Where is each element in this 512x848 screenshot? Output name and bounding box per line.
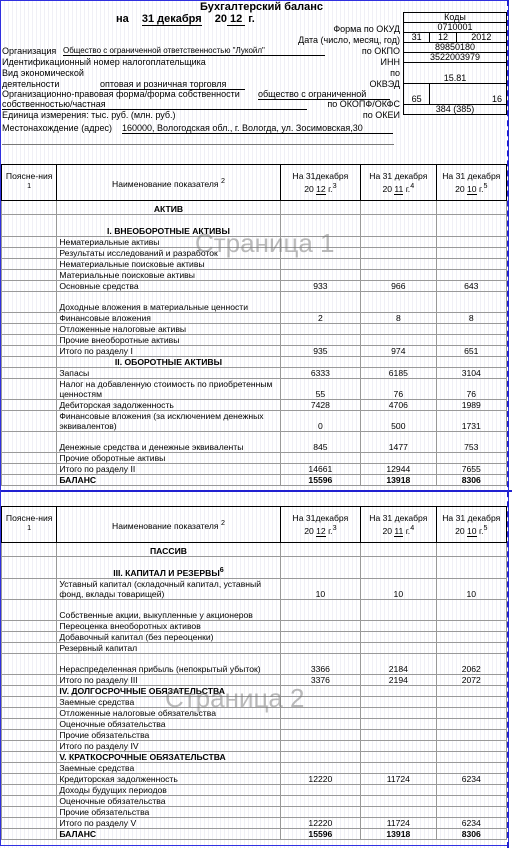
value-cell[interactable]: 651 [436,346,506,357]
indicator-name: Оценочные обязательства [57,796,280,807]
table-row: Нематериальные поисковые активы [2,259,507,270]
value-cell[interactable] [280,697,360,708]
note-cell[interactable] [2,379,57,400]
note-cell[interactable] [2,464,57,475]
table-row: IV. ДОЛГОСРОЧНЫЕ ОБЯЗАТЕЛЬСТВА [2,686,507,697]
value-cell[interactable] [280,201,360,215]
value-cell[interactable]: 935 [280,346,360,357]
col-period-2012: На 31декабря20 12 г.3 [280,507,360,543]
value-cell[interactable] [436,708,506,719]
table-row: Переоценка внеоборотных активов [2,621,507,632]
table-row: Запасы633361853104 [2,368,507,379]
table-row: Прочие обязательства [2,730,507,741]
note-cell[interactable] [2,719,57,730]
note-cell[interactable] [2,368,57,379]
value-cell[interactable]: 76 [361,379,436,400]
note-cell[interactable] [2,763,57,774]
value-cell[interactable]: 753 [436,432,506,453]
okved-label: ОКВЭД [369,79,400,89]
table-row: Итого по разделу I935974651 [2,346,507,357]
value-cell[interactable] [280,785,360,796]
indicator-name: Кредиторская задолженность [57,774,280,785]
note-cell[interactable] [2,774,57,785]
table-row: Дебиторская задолженность742847061989 [2,400,507,411]
value-cell[interactable]: 6234 [436,774,506,785]
value-cell[interactable] [436,697,506,708]
note-cell[interactable] [2,248,57,259]
value-cell[interactable]: 12944 [361,464,436,475]
indicator-name: Добавочный капитал (без переоценки) [57,632,280,643]
note-cell[interactable] [2,697,57,708]
indicator-name: Материальные поисковые активы [57,270,280,281]
indicator-name: Итого по разделу I [57,346,280,357]
value-cell[interactable]: 7428 [280,400,360,411]
value-cell[interactable] [361,543,436,557]
table-row: Резервный капитал [2,643,507,654]
table-row: Итого по разделу III337621942072 [2,675,507,686]
table-row: Результаты исследований и разработок [2,248,507,259]
table-row: Заемные средства [2,697,507,708]
value-cell[interactable] [361,807,436,818]
col-period-2012: На 31декабря20 12 г.3 [280,165,360,201]
value-cell[interactable] [280,719,360,730]
indicator-name: Налог на добавленную стоимость по приобр… [57,379,280,400]
value-cell[interactable] [436,292,506,313]
value-cell[interactable] [361,763,436,774]
table-row: Доходные вложения в материальные ценност… [2,292,507,313]
value-cell[interactable]: 15596 [280,475,360,486]
value-cell[interactable] [280,237,360,248]
value-cell[interactable] [436,719,506,730]
note-cell[interactable] [2,579,57,600]
indicator-name: Итого по разделу II [57,464,280,475]
indicator-name: Финансовые вложения [57,313,280,324]
value-cell[interactable] [436,357,506,368]
value-cell[interactable] [436,807,506,818]
value-cell[interactable]: 13918 [361,829,436,840]
value-cell[interactable] [436,543,506,557]
value-cell[interactable]: 500 [361,411,436,432]
col-period-2010: На 31 декабря20 10 г.5 [436,507,506,543]
value-cell[interactable] [280,730,360,741]
value-cell[interactable]: 845 [280,432,360,453]
indicator-name: Запасы [57,368,280,379]
okud-value[interactable]: 0710001 [404,23,507,33]
note-cell[interactable] [2,796,57,807]
okfs-value[interactable]: 16 [430,84,507,105]
inn-label: Идентификационный номер налогоплательщик… [2,57,206,67]
note-cell[interactable] [2,730,57,741]
okopf-label: по ОКОПФ/ОКФС [327,99,400,109]
value-cell[interactable]: 10 [361,579,436,600]
indicator-name: Итого по разделу IV [57,741,280,752]
value-cell[interactable] [436,259,506,270]
table-row: Нераспределенная прибыль (непокрытый убы… [2,654,507,675]
value-cell[interactable] [361,741,436,752]
indicator-name: Собственные акции, выкупленные у акционе… [57,600,280,621]
value-cell[interactable]: 1989 [436,400,506,411]
note-cell[interactable] [2,557,57,579]
table-row: Нематериальные активы [2,237,507,248]
note-cell[interactable] [2,400,57,411]
note-cell[interactable] [2,259,57,270]
year-prefix: 20 [215,13,227,25]
value-cell[interactable] [280,752,360,763]
table-row: Оценочные обязательства [2,796,507,807]
table-row: Прочие оборотные активы [2,453,507,464]
value-cell[interactable] [280,796,360,807]
value-cell[interactable] [280,741,360,752]
table-row: Заемные средства [2,763,507,774]
table-row: Финансовые вложения288 [2,313,507,324]
value-cell[interactable] [361,632,436,643]
codes-table: Коды 0710001 31122012 89850180 352200397… [403,12,507,115]
value-cell[interactable] [361,752,436,763]
indicator-name: II. ОБОРОТНЫЕ АКТИВЫ [57,357,280,368]
okopf-value[interactable]: 65 [404,84,430,105]
value-cell[interactable]: 76 [436,379,506,400]
value-cell[interactable] [436,752,506,763]
value-cell[interactable]: 55 [280,379,360,400]
value-cell[interactable]: 12220 [280,774,360,785]
table-row: Прочие обязательства [2,807,507,818]
value-cell[interactable] [361,621,436,632]
note-cell[interactable] [2,237,57,248]
table-row: Денежные средства и денежные эквиваленты… [2,432,507,453]
note-cell[interactable] [2,643,57,654]
table-row: Итого по разделу IV [2,741,507,752]
value-cell[interactable] [280,708,360,719]
value-cell[interactable]: 3104 [436,368,506,379]
note-cell[interactable] [2,752,57,763]
note-cell[interactable] [2,807,57,818]
value-cell[interactable] [361,237,436,248]
balance-table-assets: Поясне-ния 1 Наименование показателя 2 Н… [1,164,507,486]
value-cell[interactable] [280,215,360,237]
table-row: Материальные поисковые активы [2,270,507,281]
org-value[interactable]: Общество с ограниченной ответственностью… [63,46,325,56]
indicator-name: Дебиторская задолженность [57,400,280,411]
note-cell[interactable] [2,708,57,719]
value-cell[interactable]: 10 [280,579,360,600]
okpo-value[interactable]: 89850180 [404,43,507,53]
value-cell[interactable] [280,621,360,632]
table-row: V. КРАТКОСРОЧНЫЕ ОБЯЗАТЕЛЬСТВА [2,752,507,763]
value-cell[interactable]: 14661 [280,464,360,475]
value-cell[interactable] [361,719,436,730]
value-cell[interactable] [361,730,436,741]
activity-label-2: деятельности [2,79,59,89]
table-row: Финансовые вложения (за исключением дене… [2,411,507,432]
value-cell[interactable]: 8 [436,313,506,324]
value-cell[interactable] [280,600,360,621]
value-cell[interactable]: 643 [436,281,506,292]
indicator-name: Основные средства [57,281,280,292]
note-cell[interactable] [2,335,57,346]
value-cell[interactable] [361,708,436,719]
indicator-name: Отложенные налоговые активы [57,324,280,335]
value-cell[interactable]: 6185 [361,368,436,379]
value-cell[interactable]: 2062 [436,654,506,675]
note-cell[interactable] [2,475,57,486]
note-cell[interactable] [2,632,57,643]
value-cell[interactable]: 2072 [436,675,506,686]
note-cell[interactable] [2,741,57,752]
note-cell[interactable] [2,313,57,324]
date-day-month[interactable]: 31 декабря [142,13,202,26]
indicator-name: III. КАПИТАЛ И РЕЗЕРВЫ6 [57,557,280,579]
value-cell[interactable] [436,796,506,807]
value-cell[interactable] [361,796,436,807]
value-cell[interactable] [361,292,436,313]
balance-table-liabilities: Поясне-ния 1 Наименование показателя 2 Н… [1,506,507,840]
year-g: г. [248,13,255,25]
value-cell[interactable] [280,557,360,579]
value-cell[interactable] [361,357,436,368]
note-cell[interactable] [2,453,57,464]
indicator-name: БАЛАНС [57,829,280,840]
date-day[interactable]: 31 [404,33,430,43]
header-divider [2,144,394,145]
value-cell[interactable] [436,686,506,697]
value-cell[interactable] [436,785,506,796]
value-cell[interactable] [361,453,436,464]
indicator-name: Прочие обязательства [57,730,280,741]
value-cell[interactable] [436,763,506,774]
legal-form-value-2[interactable]: собственностью/частная [2,99,307,110]
value-cell[interactable] [361,248,436,259]
okved-value[interactable]: 15.81 [404,63,507,84]
value-cell[interactable] [436,453,506,464]
value-cell[interactable] [436,600,506,621]
value-cell[interactable]: 10 [436,579,506,600]
date-year[interactable]: 2012 [456,33,506,43]
value-cell[interactable]: 15596 [280,829,360,840]
value-cell[interactable] [436,324,506,335]
table-row: Налог на добавленную стоимость по приобр… [2,379,507,400]
indicator-name: ПАССИВ [57,543,280,557]
value-cell[interactable]: 1731 [436,411,506,432]
note-cell[interactable] [2,270,57,281]
value-cell[interactable]: 11724 [361,774,436,785]
value-cell[interactable] [436,215,506,237]
indicator-name: Финансовые вложения (за исключением дене… [57,411,280,432]
value-cell[interactable] [361,259,436,270]
value-cell[interactable] [280,270,360,281]
indicator-name: Доходы будущих периодов [57,785,280,796]
value-cell[interactable]: 4706 [361,400,436,411]
value-cell[interactable] [436,621,506,632]
indicator-name: V. КРАТКОСРОЧНЫЕ ОБЯЗАТЕЛЬСТВА [57,752,280,763]
col-note-header: Поясне-ния 1 [2,507,57,543]
table-row: Итого по разделу V12220117246234 [2,818,507,829]
value-cell[interactable]: 7655 [436,464,506,475]
value-cell[interactable]: 8 [361,313,436,324]
value-cell[interactable] [436,730,506,741]
indicator-name: Нераспределенная прибыль (непокрытый убы… [57,654,280,675]
value-cell[interactable] [436,643,506,654]
indicator-name: АКТИВ [57,201,280,215]
table-row: Итого по разделу II14661129447655 [2,464,507,475]
year-suffix[interactable]: 12 [227,13,245,26]
value-cell[interactable] [436,632,506,643]
note-cell[interactable] [2,818,57,829]
note-cell[interactable] [2,324,57,335]
table-row: I. ВНЕОБОРОТНЫЕ АКТИВЫ [2,215,507,237]
value-cell[interactable]: 2184 [361,654,436,675]
date-month[interactable]: 12 [430,33,456,43]
note-cell[interactable] [2,621,57,632]
note-cell[interactable] [2,785,57,796]
note-cell[interactable] [2,686,57,697]
value-cell[interactable]: 3376 [280,675,360,686]
col-period-2011: На 31 декабря20 11 г.4 [361,165,436,201]
value-cell[interactable] [361,324,436,335]
date-code-label: Дата (число, месяц, год) [298,35,400,45]
table-row: ПАССИВ [2,543,507,557]
value-cell[interactable] [436,270,506,281]
note-cell[interactable] [2,675,57,686]
value-cell[interactable] [361,270,436,281]
value-cell[interactable] [280,807,360,818]
note-cell[interactable] [2,432,57,453]
note-cell[interactable] [2,281,57,292]
vertical-page-break [507,0,509,848]
note-cell[interactable] [2,600,57,621]
activity-label-1: Вид экономической [2,68,84,78]
value-cell[interactable] [280,543,360,557]
value-cell[interactable] [280,259,360,270]
note-cell[interactable] [2,201,57,215]
value-cell[interactable] [280,324,360,335]
value-cell[interactable] [436,741,506,752]
indicator-name: Заемные средства [57,697,280,708]
table-row: Уставный капитал (складочный капитал, ус… [2,579,507,600]
indicator-name: Уставный капитал (складочный капитал, ус… [57,579,280,600]
value-cell[interactable] [280,686,360,697]
unit-label: Единица измерения: тыс. руб. (млн. руб.) [2,110,176,120]
value-cell[interactable]: 6234 [436,818,506,829]
value-cell[interactable]: 13918 [361,475,436,486]
indicator-name: БАЛАНС [57,475,280,486]
value-cell[interactable] [280,632,360,643]
value-cell[interactable] [280,248,360,259]
value-cell[interactable] [436,237,506,248]
value-cell[interactable] [361,215,436,237]
table-row: II. ОБОРОТНЫЕ АКТИВЫ [2,357,507,368]
okpo-label: по ОКПО [362,46,400,56]
col-note-header: Поясне-ния 1 [2,165,57,201]
indicator-name: Результаты исследований и разработок [57,248,280,259]
note-cell[interactable] [2,215,57,237]
value-cell[interactable] [361,335,436,346]
value-cell[interactable] [280,453,360,464]
col-name-header: Наименование показателя 2 [57,507,280,543]
value-cell[interactable] [280,292,360,313]
indicator-name: Отложенные налоговые обязательства [57,708,280,719]
note-cell[interactable] [2,829,57,840]
indicator-name: Нематериальные поисковые активы [57,259,280,270]
note-cell[interactable] [2,543,57,557]
doc-date: на 31 декабря 2012 г. [116,13,255,25]
indicator-name: I. ВНЕОБОРОТНЫЕ АКТИВЫ [57,215,280,237]
value-cell[interactable]: 2 [280,313,360,324]
value-cell[interactable]: 8306 [436,829,506,840]
okei-label: по ОКЕИ [363,110,400,120]
table-row: Отложенные налоговые обязательства [2,708,507,719]
table-row: Прочие внеоборотные активы [2,335,507,346]
org-label: Организация [2,46,56,56]
table-row: Оценочные обязательства [2,719,507,730]
doc-title: Бухгалтерский баланс [200,1,323,13]
indicator-name: Итого по разделу V [57,818,280,829]
value-cell[interactable]: 933 [280,281,360,292]
value-cell[interactable] [361,600,436,621]
value-cell[interactable] [436,557,506,579]
value-cell[interactable] [361,643,436,654]
value-cell[interactable]: 0 [280,411,360,432]
indicator-name: Прочие обязательства [57,807,280,818]
note-cell[interactable] [2,411,57,432]
value-cell[interactable] [361,201,436,215]
address-value[interactable]: 160000, Вологодская обл., г. Вологда, ул… [122,123,393,134]
value-cell[interactable]: 3366 [280,654,360,675]
note-cell[interactable] [2,292,57,313]
value-cell[interactable] [361,785,436,796]
value-cell[interactable] [280,335,360,346]
okved-label-1: по [390,68,400,78]
col-period-2010: На 31 декабря20 10 г.5 [436,165,506,201]
table-row: Доходы будущих периодов [2,785,507,796]
value-cell[interactable] [280,763,360,774]
col-period-2011: На 31 декабря20 11 г.4 [361,507,436,543]
note-cell[interactable] [2,357,57,368]
value-cell[interactable] [280,357,360,368]
value-cell[interactable] [436,248,506,259]
table-row: АКТИВ [2,201,507,215]
indicator-name: Денежные средства и денежные эквиваленты [57,432,280,453]
value-cell[interactable]: 974 [361,346,436,357]
value-cell[interactable] [280,643,360,654]
value-cell[interactable]: 8306 [436,475,506,486]
table-row: БАЛАНС15596139188306 [2,829,507,840]
value-cell[interactable]: 11724 [361,818,436,829]
indicator-name: Итого по разделу III [57,675,280,686]
value-cell[interactable] [361,557,436,579]
value-cell[interactable]: 2194 [361,675,436,686]
value-cell[interactable] [361,697,436,708]
value-cell[interactable]: 1477 [361,432,436,453]
value-cell[interactable] [436,335,506,346]
value-cell[interactable]: 6333 [280,368,360,379]
okei-value[interactable]: 384 (385) [404,105,507,115]
table-row: Кредиторская задолженность12220117246234 [2,774,507,785]
value-cell[interactable]: 966 [361,281,436,292]
inn-value[interactable]: 3522003979 [404,53,507,63]
date-prefix: на [116,13,129,25]
indicator-name: Нематериальные активы [57,237,280,248]
value-cell[interactable]: 12220 [280,818,360,829]
table-row: Собственные акции, выкупленные у акционе… [2,600,507,621]
okud-label: Форма по ОКУД [333,24,400,34]
value-cell[interactable] [361,686,436,697]
table-row: Основные средства933966643 [2,281,507,292]
note-cell[interactable] [2,654,57,675]
indicator-name: Оценочные обязательства [57,719,280,730]
note-cell[interactable] [2,346,57,357]
value-cell[interactable] [436,201,506,215]
table-row: Добавочный капитал (без переоценки) [2,632,507,643]
